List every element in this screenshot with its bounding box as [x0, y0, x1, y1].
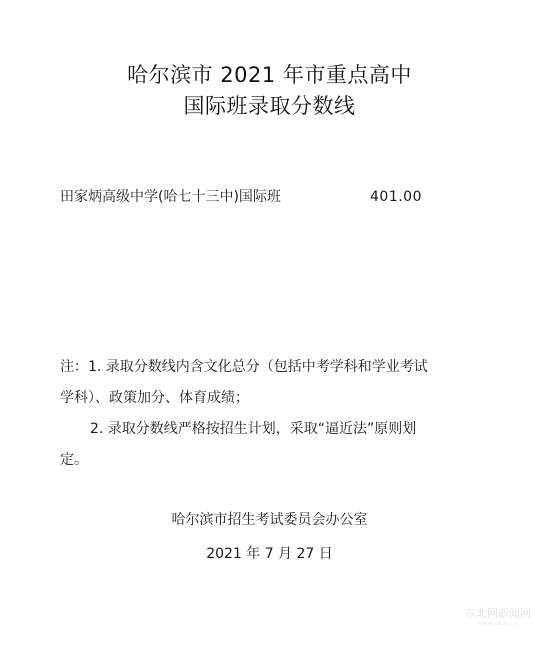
page-title-line1: 哈尔滨市 2021 年市重点高中 [0, 60, 539, 90]
document-page: 哈尔滨市 2021 年市重点高中 国际班录取分数线 田家炳高级中学(哈七十三中)… [0, 0, 539, 652]
school-name: 田家炳高级中学(哈七十三中)国际班 [60, 189, 281, 205]
note-1-line-2: 学科）、政策加分、体育成绩； [60, 387, 249, 409]
signature-date: 2021 年 7 月 27 日 [0, 543, 539, 565]
signature-organization: 哈尔滨市招生考试委员会办公室 [0, 509, 539, 531]
watermark-label: 东北网新闻网 [462, 607, 534, 621]
note-2-line-1: 2. 录取分数线严格按招生计划，采取“逼近法”原则划 [90, 418, 416, 440]
note-2-line-2: 定。 [60, 449, 88, 471]
result-row: 田家炳高级中学(哈七十三中)国际班 401.00 [60, 186, 281, 208]
page-title-line2: 国际班录取分数线 [0, 91, 539, 121]
admission-score: 401.00 [370, 186, 422, 208]
note-1-line-1: 注：1. 录取分数线内含文化总分（包括中考学科和学业考试 [60, 356, 428, 378]
watermark-logo: 东北网新闻网 www.dbw.cn [462, 607, 534, 633]
watermark-subtext: www.dbw.cn [462, 621, 534, 628]
